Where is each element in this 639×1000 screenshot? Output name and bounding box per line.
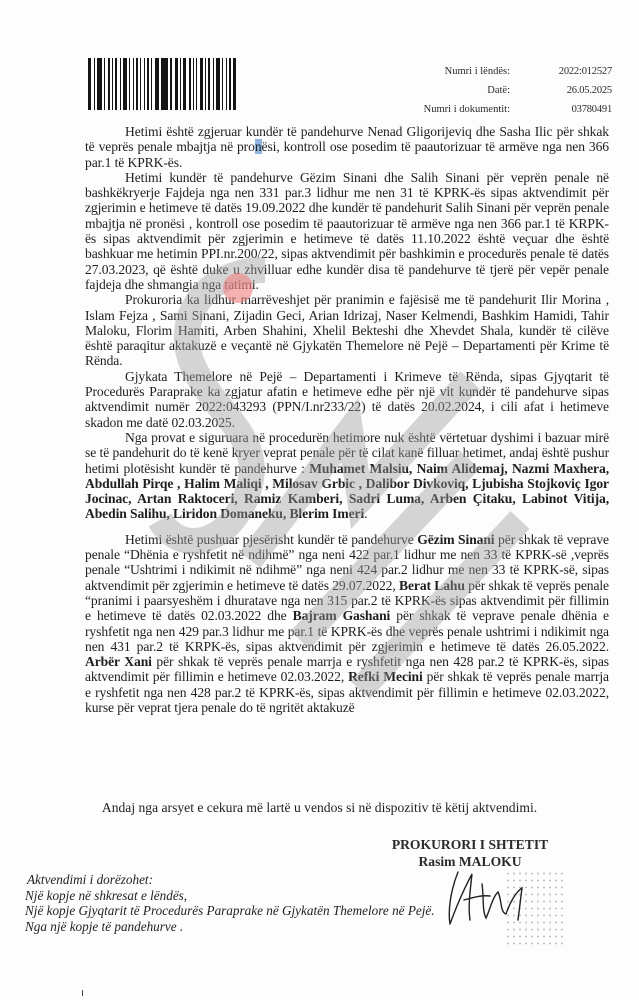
delivery-heading: Aktvendimi i dorëzohet: [27, 872, 435, 888]
document-number-label: Numri i dokumentit: [400, 104, 510, 115]
paragraph-text: . [364, 506, 367, 521]
paragraph-expansion[interactable]: Hetimi është zgjeruar kundër të pandehur… [85, 124, 609, 170]
delivery-item: Një kopje në shkresat e lëndës, [25, 888, 435, 904]
document-number-value: 03780491 [528, 104, 612, 115]
barcode-bar [170, 58, 172, 110]
barcode-bar [133, 58, 134, 110]
defendant-name: Refki Mecini [348, 669, 423, 684]
delivery-item: Nga një kopje të pandehurve . [25, 919, 435, 935]
signer-title: PROKURORI I SHTETIT [380, 836, 560, 853]
barcode-bar [233, 58, 236, 110]
closing-statement: Andaj nga arsyet e cekura më lartë u ven… [0, 800, 639, 816]
barcode-bar [208, 58, 210, 110]
barcode-bar [97, 58, 102, 110]
barcode-bar [123, 58, 127, 110]
date-value: 26.05.2025 [528, 85, 612, 96]
barcode-bar [213, 58, 214, 110]
barcode-bar [193, 58, 194, 110]
barcode-bar [94, 58, 95, 110]
barcode-bar [183, 58, 186, 110]
stamp-icon [505, 870, 565, 945]
barcode-bar [88, 58, 91, 110]
barcode-bar [222, 58, 223, 110]
barcode-bar [205, 58, 206, 110]
barcode-bar [104, 58, 105, 110]
delivery-list: Aktvendimi i dorëzohet: Një kopje në shk… [25, 872, 435, 934]
text-cursor-selection[interactable]: n [255, 139, 262, 154]
barcode-bar [151, 58, 152, 110]
paragraph-separation[interactable]: Hetimi kundër të pandehurve Gëzim Sinani… [85, 170, 609, 292]
case-number-value: 2022:012527 [528, 66, 612, 77]
barcode-bar [108, 58, 110, 110]
barcode-icon [88, 58, 286, 110]
case-number-row: Numri i lëndës: 2022:012527 [400, 62, 612, 81]
defendant-name: Berat Lahu [399, 578, 465, 593]
page-mark [82, 990, 83, 996]
barcode-bar [189, 58, 191, 110]
barcode-bar [200, 58, 203, 110]
barcode-bar [115, 58, 117, 110]
document-meta: Numri i lëndës: 2022:012527 Datë: 26.05.… [400, 62, 612, 119]
signer-block: PROKURORI I SHTETIT Rasim MALOKU [380, 836, 560, 870]
barcode-bar [136, 58, 138, 110]
barcode-bar [147, 58, 149, 110]
delivery-item: Një kopje Gjyqtarit të Procedurës Parapr… [25, 903, 435, 919]
document-number-row: Numri i dokumentit: 03780491 [400, 100, 612, 119]
barcode-bar [196, 58, 197, 110]
case-number-label: Numri i lëndës: [400, 66, 510, 77]
paragraph-plea-agreements[interactable]: Prokuroria ka lidhur marrëveshjet për pr… [85, 292, 609, 368]
barcode-bar [129, 58, 130, 110]
date-label: Datë: [400, 85, 510, 96]
barcode-bar [180, 58, 181, 110]
paragraph-full-termination[interactable]: Nga provat e siguruara në procedurën het… [85, 430, 609, 522]
barcode-bar [140, 58, 141, 110]
barcode-bar [175, 58, 178, 110]
defendant-name: Gëzim Sinani [417, 532, 494, 547]
paragraph-extension[interactable]: Gjykata Themelore në Pejë – Departamenti… [85, 369, 609, 430]
spacer [85, 522, 609, 532]
paragraph-partial-termination[interactable]: Hetimi është pushuar pjesërisht kundër t… [85, 532, 609, 716]
barcode-bar [161, 58, 168, 110]
barcode-bar [226, 58, 227, 110]
barcode-bar [155, 58, 159, 110]
document-body[interactable]: Hetimi është zgjeruar kundër të pandehur… [85, 124, 609, 715]
defendant-name: Bajram Gashani [293, 608, 391, 623]
barcode-bar [144, 58, 145, 110]
paragraph-text: Hetimi është pushuar pjesërisht kundër t… [125, 532, 417, 547]
barcode-bar [229, 58, 231, 110]
signature-icon [420, 862, 570, 942]
signer-name: Rasim MALOKU [380, 853, 560, 870]
document-page: Numri i lëndës: 2022:012527 Datë: 26.05.… [0, 0, 639, 1000]
barcode-bar [112, 58, 113, 110]
date-row: Datë: 26.05.2025 [400, 81, 612, 100]
barcode-bar [216, 58, 220, 110]
defendant-name: Arbër Xani [85, 654, 152, 669]
barcode-bar [120, 58, 121, 110]
